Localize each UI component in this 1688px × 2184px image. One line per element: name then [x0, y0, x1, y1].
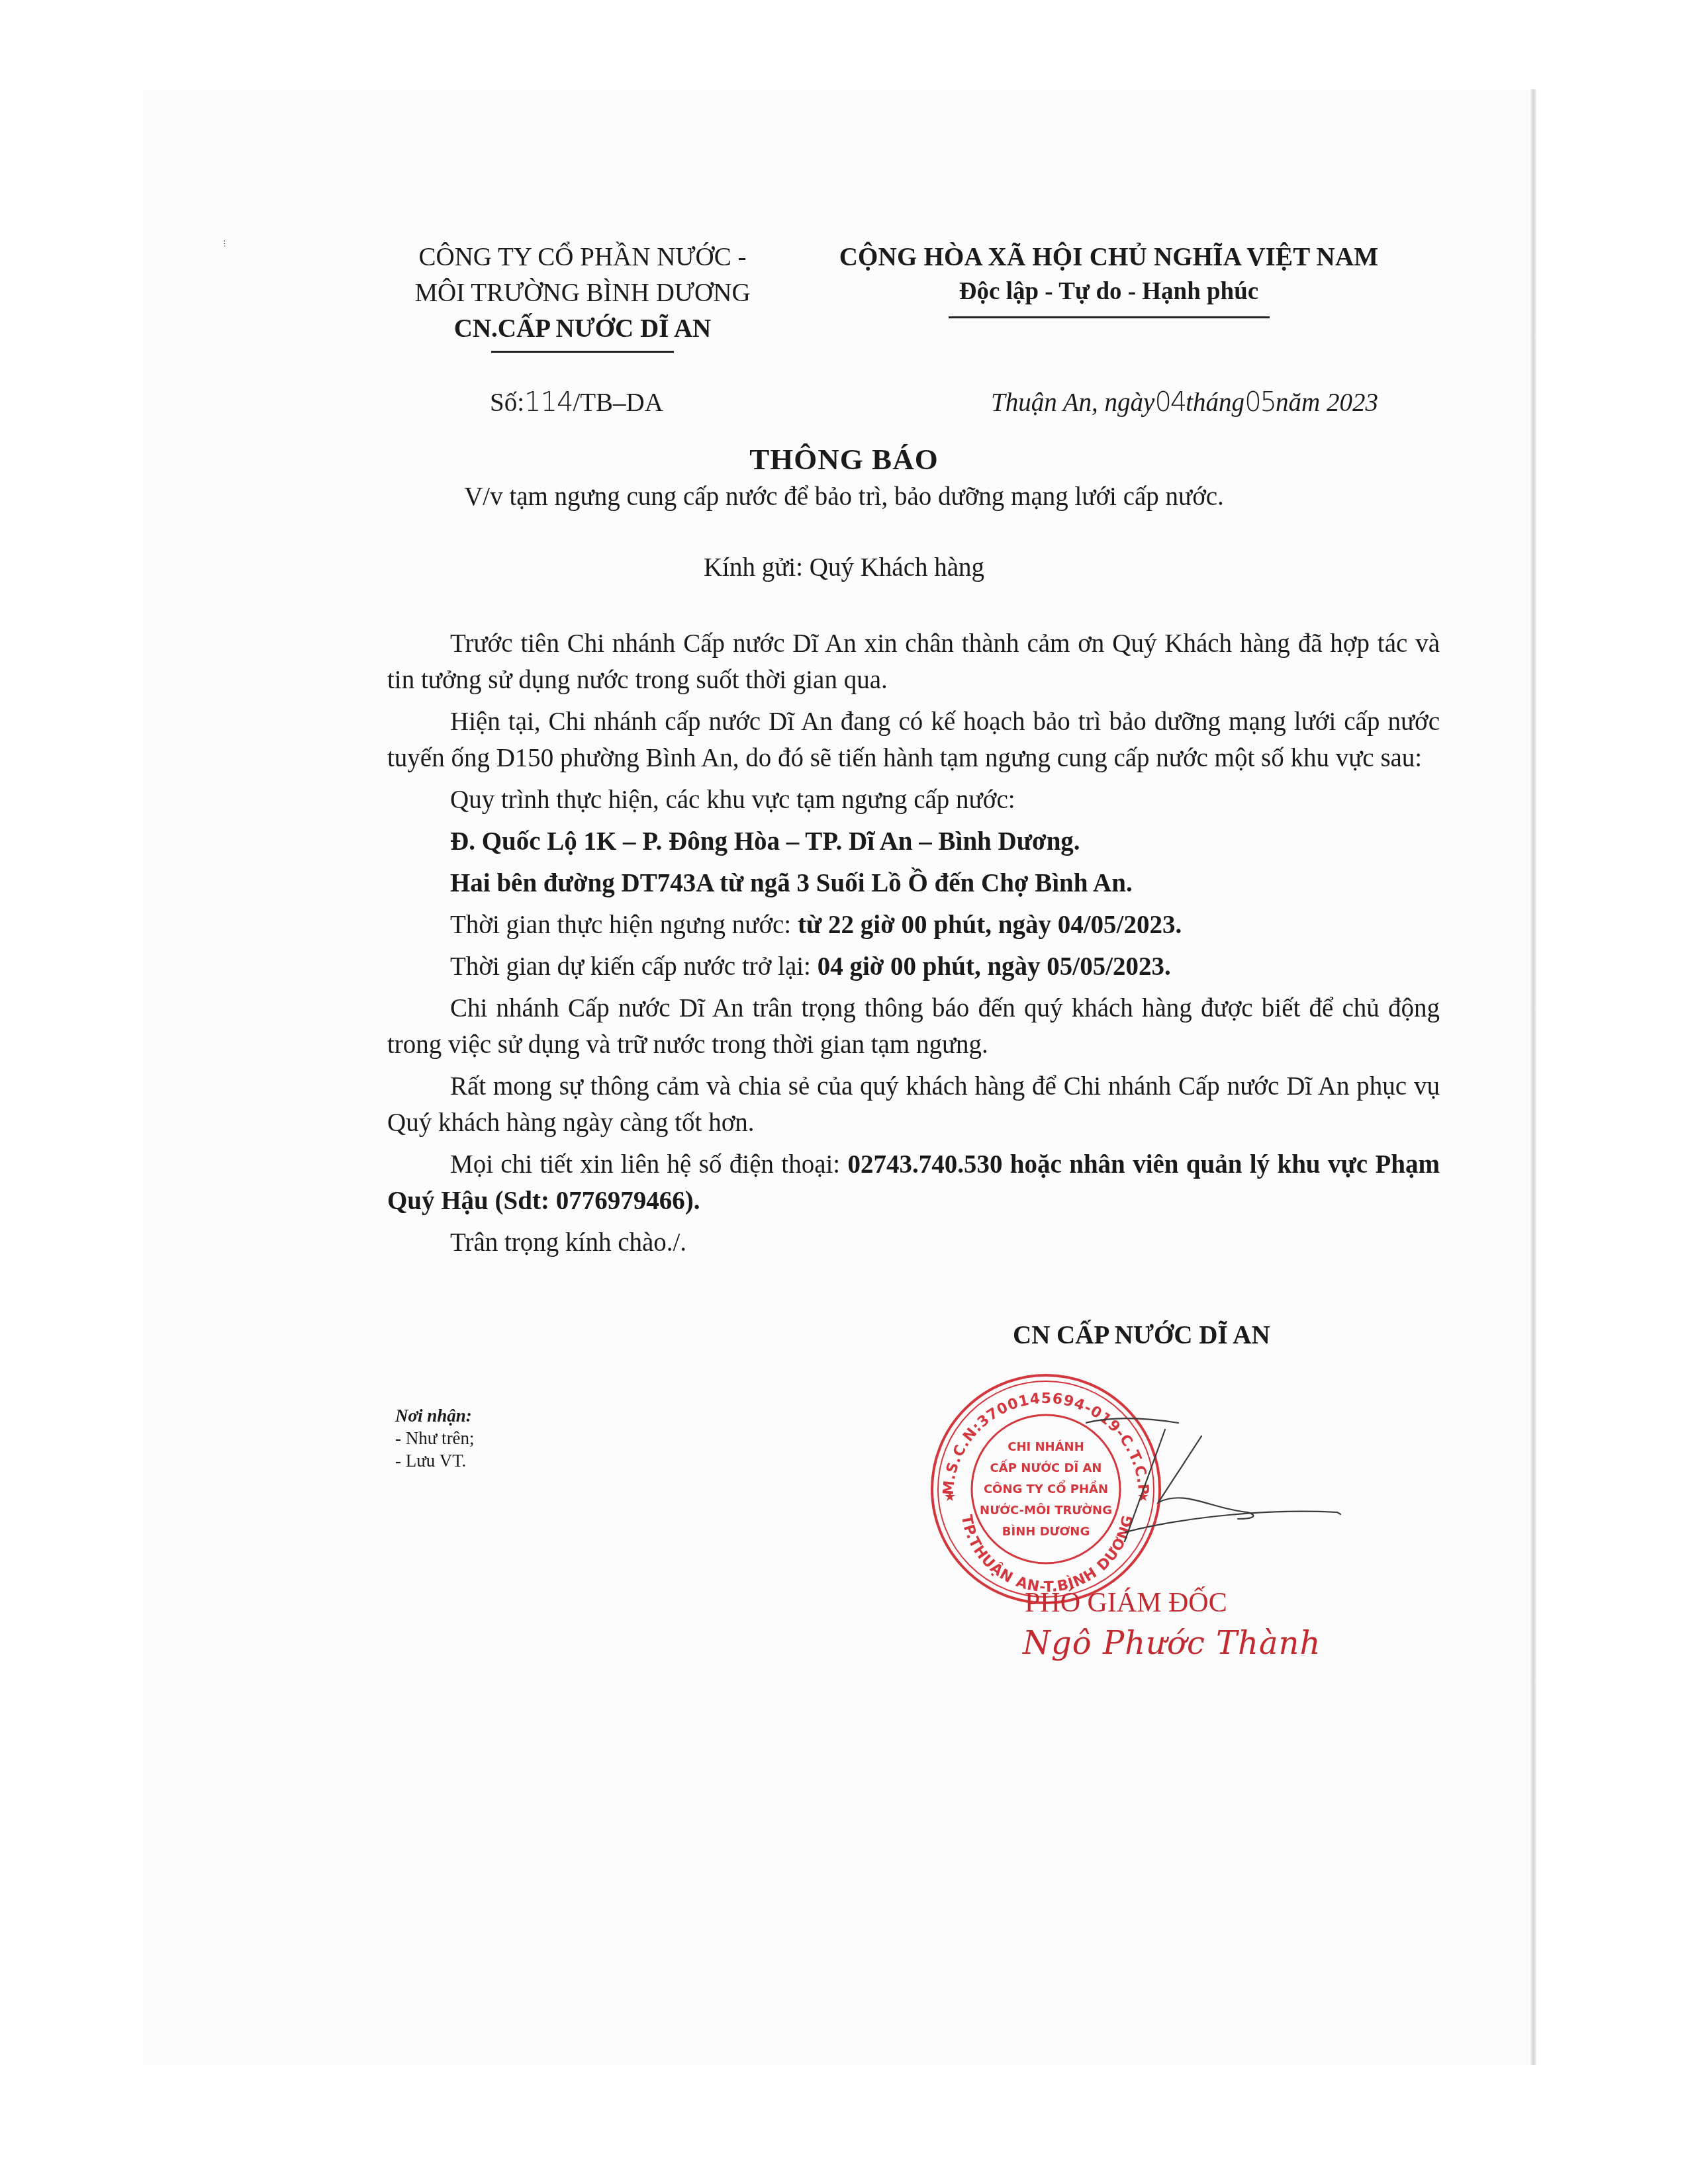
org-line-2: MÔI TRƯỜNG BÌNH DƯƠNG: [371, 275, 794, 311]
scan-speck: [224, 239, 229, 247]
org-underline: [491, 351, 674, 353]
issuing-organization: CÔNG TY CỔ PHẦN NƯỚC - MÔI TRƯỜNG BÌNH D…: [371, 240, 794, 353]
area-item-1: Đ. Quốc Lộ 1K – P. Đông Hòa – TP. Dĩ An …: [387, 823, 1440, 860]
date-day-handwritten: 04: [1154, 387, 1186, 418]
resume-time-label: Thời gian dự kiến cấp nước trở lại:: [450, 952, 818, 981]
paragraph-thanks: Trước tiên Chi nhánh Cấp nước Dĩ An xin …: [387, 625, 1440, 698]
recipient-item: - Lưu VT.: [395, 1449, 475, 1472]
document-body: Trước tiên Chi nhánh Cấp nước Dĩ An xin …: [387, 625, 1440, 1266]
date-year: năm 2023: [1276, 388, 1378, 417]
signer-position: PHÓ GIÁM ĐỐC: [1025, 1587, 1227, 1619]
closing: Trân trọng kính chào./.: [387, 1224, 1440, 1261]
date-line: Thuận An, ngày04tháng05năm 2023: [991, 387, 1378, 418]
areas-intro: Quy trình thực hiện, các khu vực tạm ngư…: [387, 782, 1440, 818]
paragraph-apology: Rất mong sự thông cảm và chia sẻ của quý…: [387, 1068, 1440, 1141]
svg-text:BÌNH DƯƠNG: BÌNH DƯƠNG: [1002, 1524, 1090, 1539]
recipients: Nơi nhận: - Như trên; - Lưu VT.: [395, 1404, 475, 1472]
resume-time-value: 04 giờ 00 phút, ngày 05/05/2023.: [818, 952, 1171, 981]
recipients-heading: Nơi nhận:: [395, 1404, 475, 1427]
document-subject: V/v tạm ngưng cung cấp nước để bảo trì, …: [0, 482, 1688, 512]
signer-name: Ngô Phước Thành: [1023, 1625, 1321, 1662]
org-line-1: CÔNG TY CỔ PHẦN NƯỚC -: [371, 240, 794, 275]
handwritten-signature-icon: [1086, 1410, 1350, 1542]
page-edge-shadow: [1530, 89, 1536, 2065]
contact-prefix: Mọi chi tiết xin liên hệ số điện thoại:: [450, 1150, 848, 1179]
svg-text:★: ★: [944, 1488, 956, 1504]
signing-organization: CN CẤP NƯỚC DĨ AN: [1013, 1320, 1270, 1350]
org-branch: CN.CẤP NƯỚC DĨ AN: [371, 311, 794, 347]
paragraph-plan: Hiện tại, Chi nhánh cấp nước Dĩ An đang …: [387, 704, 1440, 776]
stop-time: Thời gian thực hiện ngưng nước: từ 22 gi…: [387, 907, 1440, 943]
date-month-handwritten: 05: [1244, 387, 1276, 418]
stop-time-label: Thời gian thực hiện ngưng nước:: [450, 911, 798, 939]
document-number-handwritten: 114: [524, 387, 573, 418]
document-number: Số:114/TB–DA: [490, 387, 663, 418]
date-month-label: tháng: [1186, 388, 1244, 417]
national-header: CỘNG HÒA XÃ HỘI CHỦ NGHĨA VIỆT NAM Độc l…: [801, 240, 1417, 318]
stop-time-value: từ 22 giờ 00 phút, ngày 04/05/2023.: [798, 911, 1182, 939]
document-title: THÔNG BÁO: [0, 442, 1688, 477]
national-motto: Độc lập - Tự do - Hạnh phúc: [801, 275, 1417, 308]
salutation: Kính gửi: Quý Khách hàng: [0, 553, 1688, 582]
paragraph-notice: Chi nhánh Cấp nước Dĩ An trân trọng thôn…: [387, 990, 1440, 1063]
recipient-item: - Như trên;: [395, 1427, 475, 1449]
resume-time: Thời gian dự kiến cấp nước trở lại: 04 g…: [387, 948, 1440, 985]
document-number-prefix: Số:: [490, 388, 524, 417]
paragraph-contact: Mọi chi tiết xin liên hệ số điện thoại: …: [387, 1146, 1440, 1219]
svg-text:CHI NHÁNH: CHI NHÁNH: [1008, 1439, 1084, 1454]
motto-underline: [949, 316, 1270, 318]
nation-name: CỘNG HÒA XÃ HỘI CHỦ NGHĨA VIỆT NAM: [801, 240, 1417, 275]
date-place: Thuận An, ngày: [991, 388, 1154, 417]
area-item-2: Hai bên đường DT743A từ ngã 3 Suối Lồ Ồ …: [387, 865, 1440, 901]
document-number-suffix: /TB–DA: [573, 388, 663, 417]
